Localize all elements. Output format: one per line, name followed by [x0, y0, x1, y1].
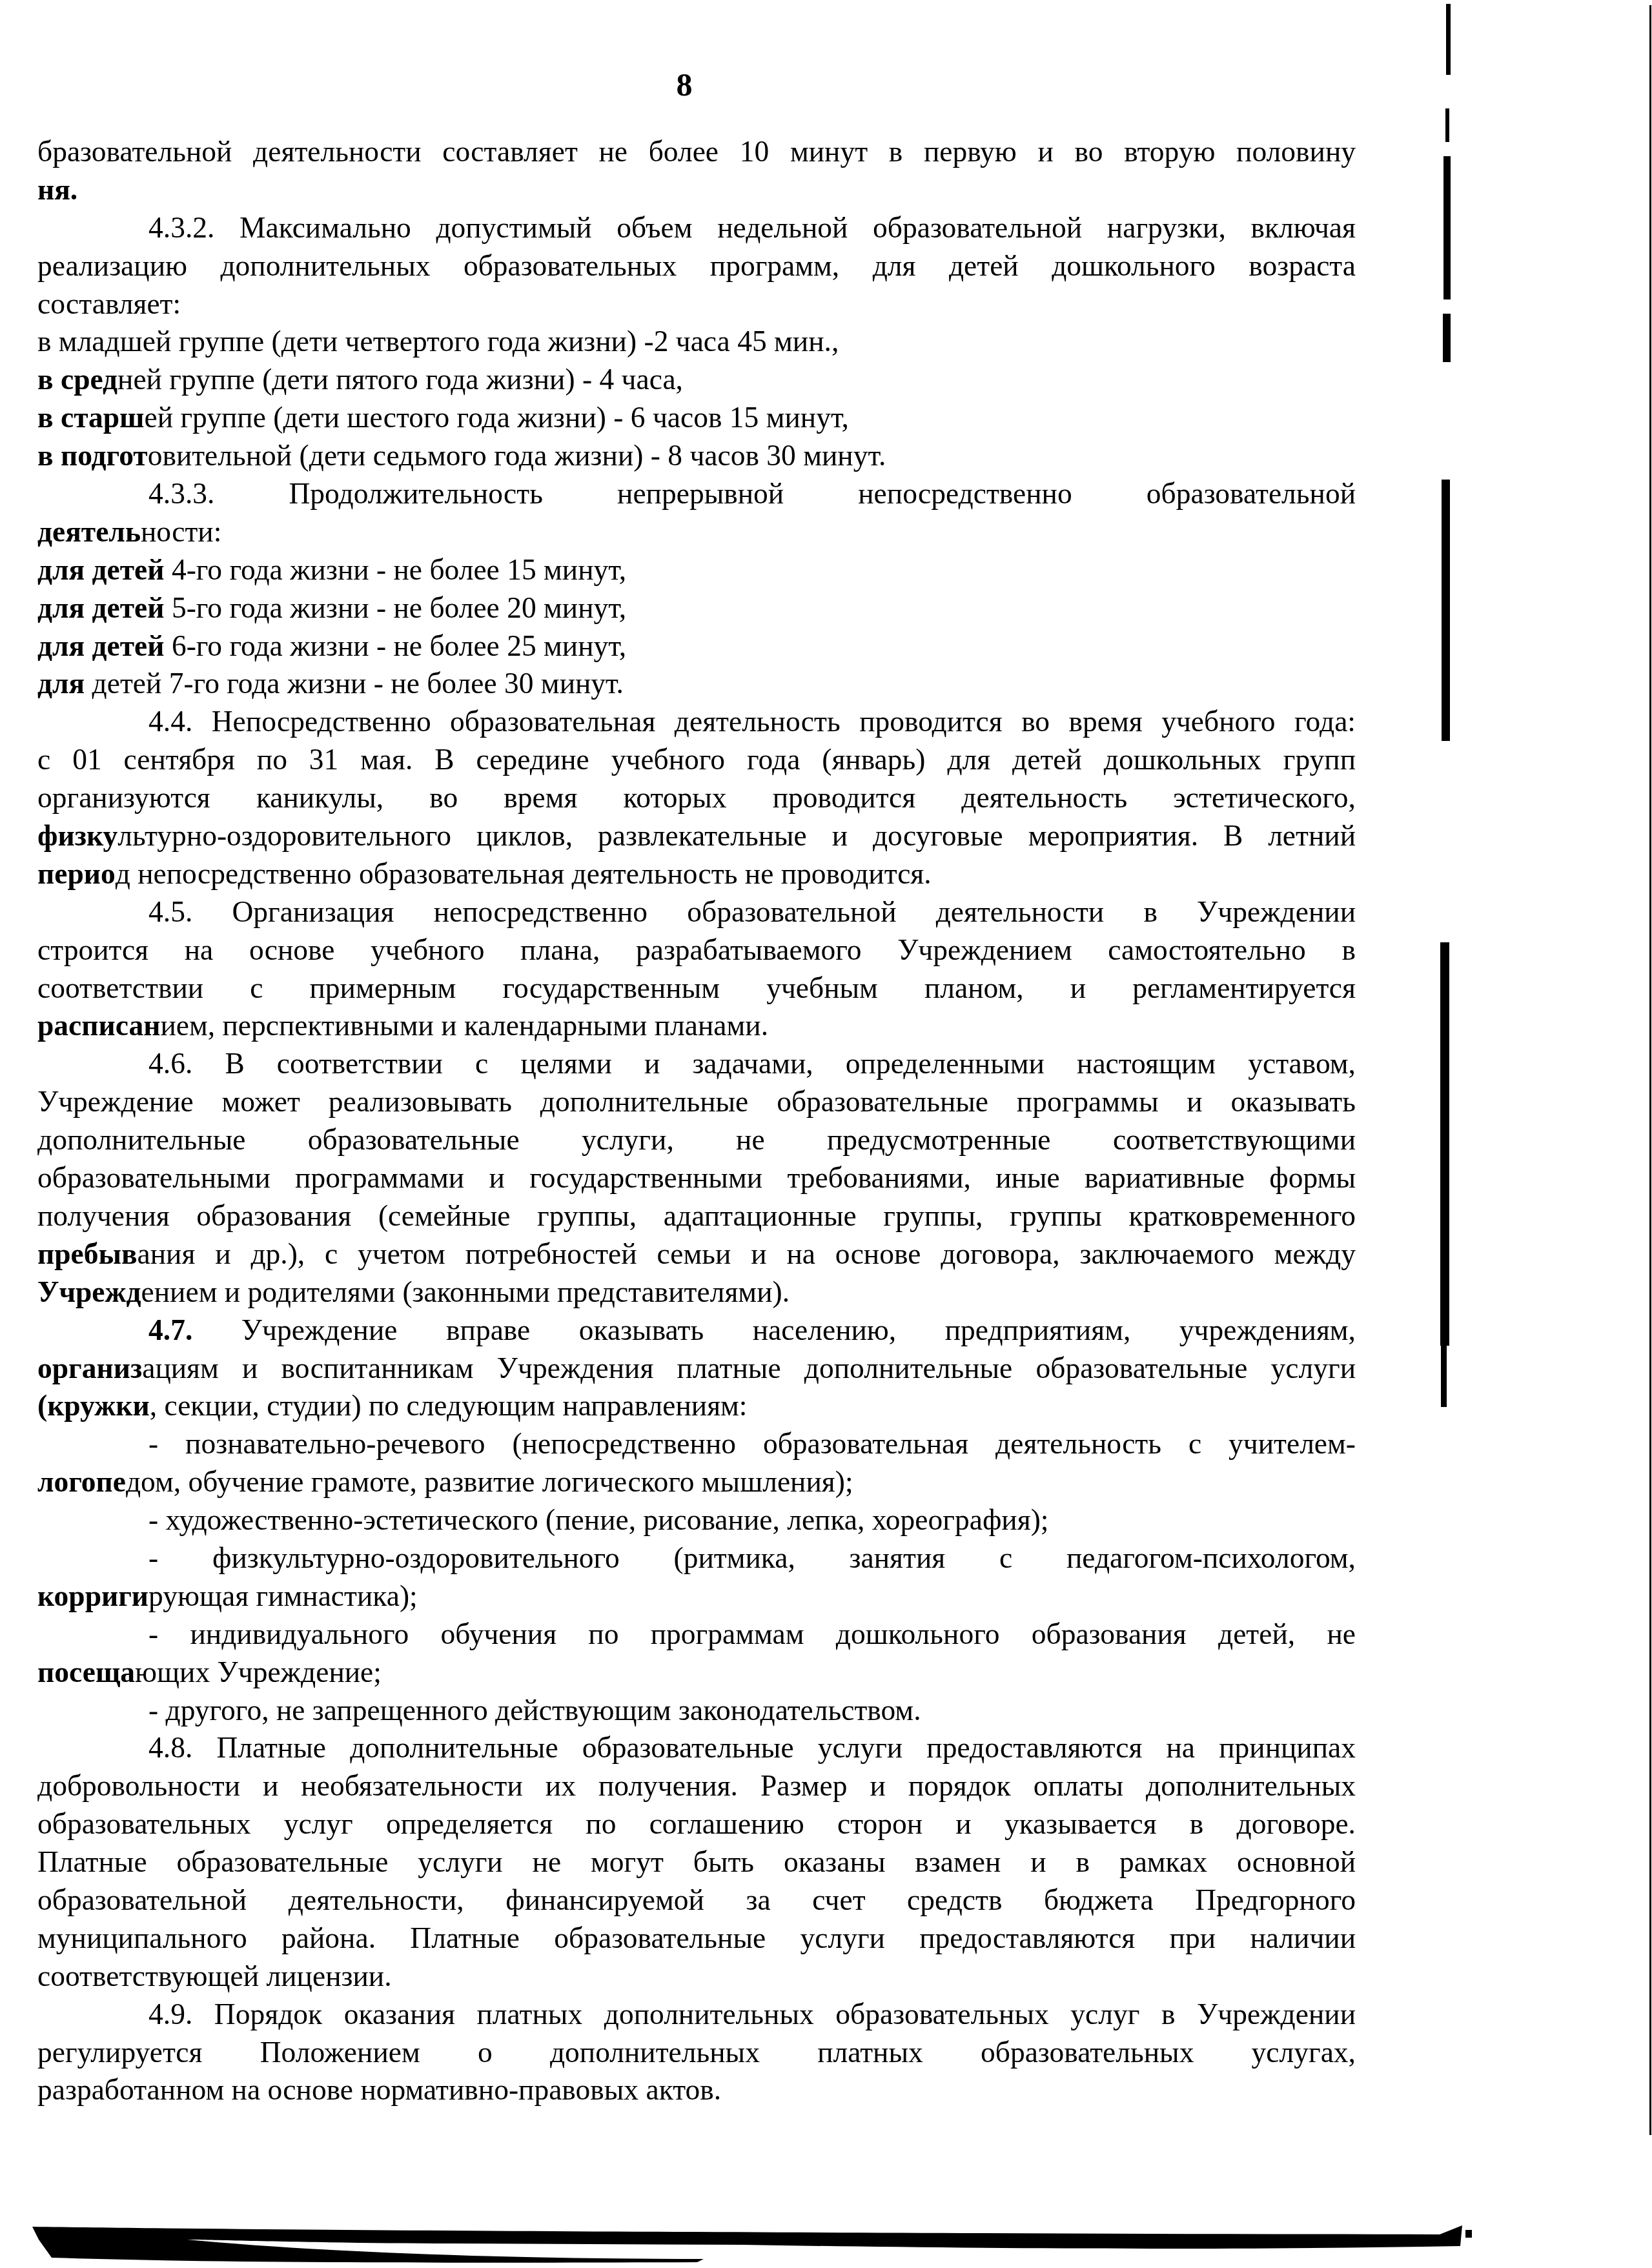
scan-artifact-smear [0, 0, 1652, 2268]
scanned-page: 8 бразовательной деятельности составляет… [0, 0, 1652, 2268]
